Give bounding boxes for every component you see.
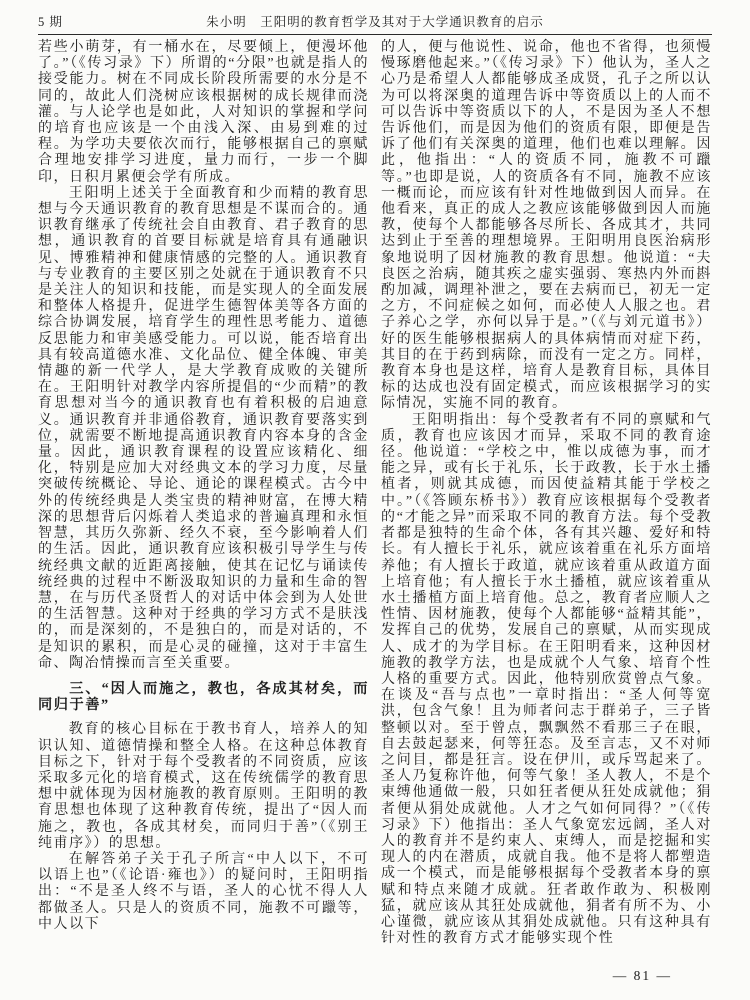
column-left: 若些小萌芽，有一桶水在，尽要倾上，便漫坏他了。”（《传习录》下）所谓的“分限”也…	[38, 40, 369, 947]
column-right: 的人，便与他说性、说命，他也不省得，也须慢慢琢磨他起来。”（《传习录》下）他认为…	[381, 40, 712, 947]
journal-page: 5 期 朱小明 王阳明的教育哲学及其对于大学通识教育的启示 若些小萌芽，有一桶水…	[0, 0, 750, 1000]
paragraph: 若些小萌芽，有一桶水在，尽要倾上，便漫坏他了。”（《传习录》下）所谓的“分限”也…	[38, 40, 369, 186]
article-body: 若些小萌芽，有一桶水在，尽要倾上，便漫坏他了。”（《传习录》下）所谓的“分限”也…	[38, 40, 712, 947]
paragraph: 教育的核心目标在于教书育人，培养人的知识认知、道德情操和整全人格。在这种总体教育…	[38, 722, 369, 852]
paragraph: 的人，便与他说性、说命，他也不省得，也须慢慢琢磨他起来。”（《传习录》下）他认为…	[381, 40, 712, 413]
paragraph: 王阳明指出：每个受教者有不同的禀赋和气质，教育也应该因才而异，采取不同的教育途径…	[381, 413, 712, 948]
paragraph: 王阳明上述关于全面教育和少而精的教育思想与今天通识教育的教育思想是不谋而合的。通…	[38, 186, 369, 672]
header-rule	[38, 34, 712, 35]
page-number: — 81 —	[613, 968, 672, 984]
running-title: 朱小明 王阳明的教育哲学及其对于大学通识教育的启示	[38, 12, 712, 30]
page-header: 5 期 朱小明 王阳明的教育哲学及其对于大学通识教育的启示	[38, 10, 712, 32]
paragraph: 在解答弟子关于孔子所言“中人以下，不可以语上也”（《论语·雍也》）的疑问时，王阳…	[38, 852, 369, 933]
section-heading: 三、“因人而施之，教也，各成其材矣，而同归于善”	[38, 681, 369, 713]
